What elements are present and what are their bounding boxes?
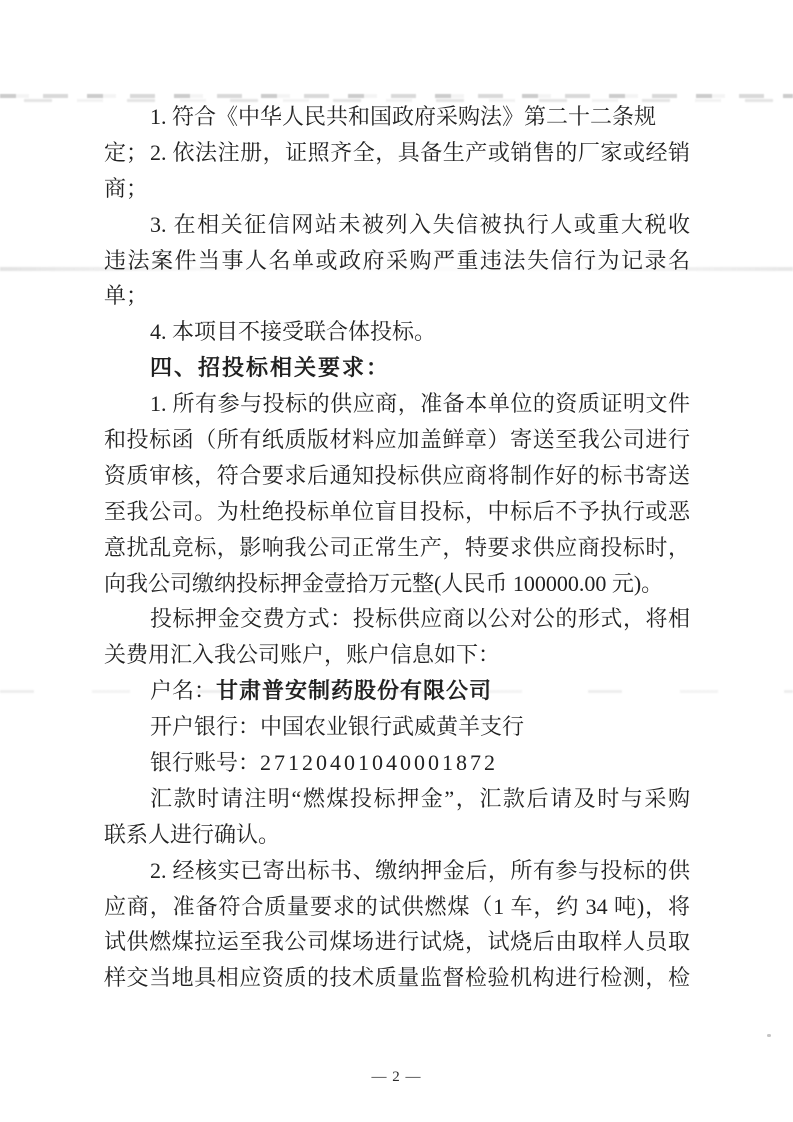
document-line: 和投标函（所有纸质版材料应加盖鲜章）寄送至我公司进行 xyxy=(104,422,690,458)
document-line: 试供燃煤拉运至我公司煤场进行试烧，试烧后由取样人员取 xyxy=(104,924,690,960)
bank-name-line: 开户银行：中国农业银行武威黄羊支行 xyxy=(104,709,690,745)
document-line: 样交当地具相应资质的技术质量监督检验机构进行检测，检 xyxy=(104,960,690,996)
document-line: 3. 在相关征信网站未被列入失信被执行人或重大税收 xyxy=(104,207,690,243)
document-page: 1. 符合《中华人民共和国政府采购法》第二十二条规定； 2. 依法注册，证照齐全… xyxy=(0,0,793,1122)
document-line: 联系人进行确认。 xyxy=(104,817,690,853)
scan-artifact-top-band xyxy=(0,94,793,98)
section-heading-bidding-requirements: 四、招投标相关要求： xyxy=(104,350,690,386)
document-line: 2. 依法注册，证照齐全，具备生产或销售的厂家或经销 xyxy=(104,135,690,171)
document-line: 关费用汇入我公司账户，账户信息如下： xyxy=(104,637,690,673)
document-line: 汇款时请注明“燃煤投标押金”，汇款后请及时与采购 xyxy=(104,781,690,817)
page-number: — 2 — xyxy=(0,1066,793,1088)
bank-account-number-line: 银行账号：27120401040001872 xyxy=(104,745,690,781)
document-line: 2. 经核实已寄出标书、缴纳押金后，所有参与投标的供 xyxy=(104,853,690,889)
document-line: 资质审核，符合要求后通知投标供应商将制作好的标书寄送 xyxy=(104,458,690,494)
bank-account-label: 银行账号： xyxy=(150,750,260,775)
document-line: 商； xyxy=(104,171,690,207)
scan-artifact-speck xyxy=(767,1034,771,1037)
document-line: 违法案件当事人名单或政府采购严重违法失信行为记录名 xyxy=(104,243,690,279)
account-holder-name: 甘肃普安制药股份有限公司 xyxy=(216,678,492,703)
document-line: 投标押金交费方式：投标供应商以公对公的形式，将相 xyxy=(104,601,690,637)
document-line: 1. 所有参与投标的供应商，准备本单位的资质证明文件 xyxy=(104,386,690,422)
document-line: 应商，准备符合质量要求的试供燃煤（1 车，约 34 吨)，将 xyxy=(104,889,690,925)
account-holder-label: 户名： xyxy=(150,678,216,703)
bank-account-number: 27120401040001872 xyxy=(260,750,498,775)
document-line: 4. 本项目不接受联合体投标。 xyxy=(104,314,690,350)
document-line: 意扰乱竞标，影响我公司正常生产，特要求供应商投标时， xyxy=(104,530,690,566)
document-body: 1. 符合《中华人民共和国政府采购法》第二十二条规定； 2. 依法注册，证照齐全… xyxy=(104,99,690,996)
document-line: 1. 符合《中华人民共和国政府采购法》第二十二条规定； xyxy=(104,99,690,135)
document-line: 单； xyxy=(104,278,690,314)
deposit-amount-line: 向我公司缴纳投标押金壹拾万元整(人民币 100000.00 元)。 xyxy=(104,566,690,602)
document-line: 至我公司。为杜绝投标单位盲目投标，中标后不予执行或恶 xyxy=(104,494,690,530)
account-holder-line: 户名：甘肃普安制药股份有限公司 xyxy=(104,673,690,709)
